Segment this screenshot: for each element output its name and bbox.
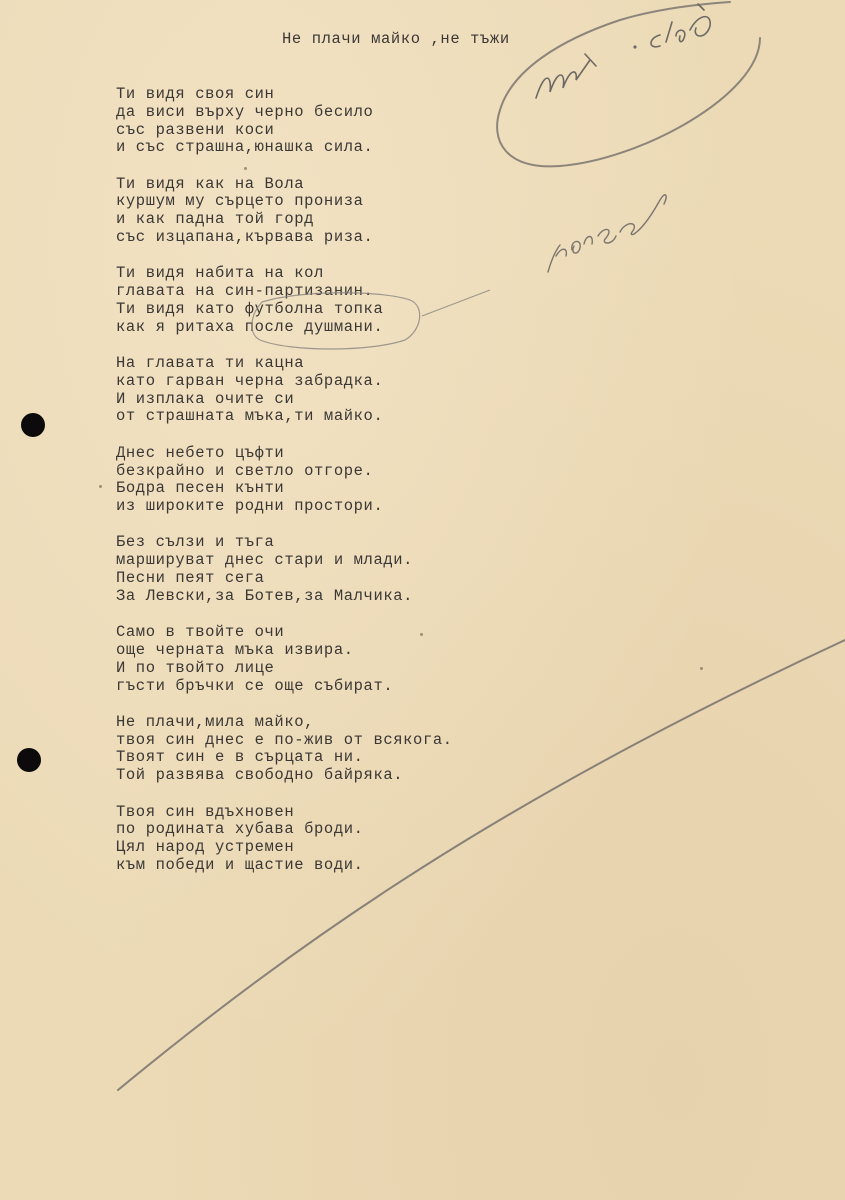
poem-line: към победи и щастие води.: [116, 857, 536, 875]
paper-speck: [244, 167, 247, 170]
poem-line: Той развява свободно байряка.: [116, 767, 536, 785]
stanza: Само в твойте очиоще черната мъка извира…: [116, 624, 536, 695]
poem-line: Не плачи,мила майко,: [116, 714, 536, 732]
poem-line: И изплака очите си: [116, 391, 536, 409]
poem-line: със изцапана,кървава риза.: [116, 229, 536, 247]
poem-line: куршум му сърцето прониза: [116, 193, 536, 211]
poem-line: Ти видя набита на кол: [116, 265, 536, 283]
poem-line: още черната мъка извира.: [116, 642, 536, 660]
poem-line: и как падна той горд: [116, 211, 536, 229]
poem-line: Твоя син вдъхновен: [116, 804, 536, 822]
poem-line: За Левски,за Ботев,за Малчика.: [116, 588, 536, 606]
poem-line: Ти видя как на Вола: [116, 176, 536, 194]
poem-line: Ти видя като футболна топка: [116, 301, 536, 319]
poem-line: На главата ти кацна: [116, 355, 536, 373]
pencil-oval-mark: [497, 2, 760, 166]
stanza: Днес небето цъфтибезкрайно и светло отго…: [116, 445, 536, 516]
paper-speck: [700, 667, 703, 670]
poem-line: от страшната мъка,ти майко.: [116, 408, 536, 426]
poem-line: из широките родни простори.: [116, 498, 536, 516]
stanza: На главата ти кацнакато гарван черна заб…: [116, 355, 536, 426]
poem-line: безкрайно и светло отгоре.: [116, 463, 536, 481]
punch-hole: [17, 748, 41, 772]
poem-line: маршируват днес стари и млади.: [116, 552, 536, 570]
poem-line: твоя син днес е по-жив от всякога.: [116, 732, 536, 750]
poem-line: И по твойто лице: [116, 660, 536, 678]
poem-line: Песни пеят сега: [116, 570, 536, 588]
poem-line: Само в твойте очи: [116, 624, 536, 642]
stanza: Без сълзи и тъгамаршируват днес стари и …: [116, 534, 536, 605]
poem-line: да виси върху черно бесило: [116, 104, 536, 122]
paper-speck: [99, 485, 102, 488]
stanza: Ти видя набита на колглавата на син-парт…: [116, 265, 536, 336]
poem-line: как я ритаха после душмани.: [116, 319, 536, 337]
poem-line: Без сълзи и тъга: [116, 534, 536, 552]
poem-line: Твоят син е в сърцата ни.: [116, 749, 536, 767]
poem-line: гъсти бръчки се още събират.: [116, 678, 536, 696]
handwriting-top-scribble: [651, 4, 710, 47]
poem-line: Цял нарoд устремен: [116, 839, 536, 857]
poem-body: Ти видя своя синда виси върху черно беси…: [116, 86, 536, 893]
poem-title: Не плачи майко ,не тъжи: [282, 30, 510, 48]
stanza: Твоя син вдъхновенпо родината хубава бро…: [116, 804, 536, 875]
paper-speck: [420, 633, 423, 636]
poem-line: със развени коси: [116, 122, 536, 140]
punch-hole: [21, 413, 45, 437]
handwriting-middle-scribble: [548, 195, 666, 272]
poem-line: Днес небето цъфти: [116, 445, 536, 463]
poem-line: Бодра песен кънти: [116, 480, 536, 498]
poem-line: по родината хубава броди.: [116, 821, 536, 839]
poem-line: Ти видя своя син: [116, 86, 536, 104]
stanza: Ти видя как на Волакуршум му сърцето про…: [116, 176, 536, 247]
stanza: Не плачи,мила майко,твоя син днес е по-ж…: [116, 714, 536, 785]
stanza: Ти видя своя синда виси върху черно беси…: [116, 86, 536, 157]
handwriting-top-scribble: [536, 54, 596, 98]
poem-line: и със страшна,юнашка сила.: [116, 139, 536, 157]
poem-line: главата на син-партизанин.: [116, 283, 536, 301]
poem-line: като гарван черна забрадка.: [116, 373, 536, 391]
typewritten-page: Не плачи майко ,не тъжи Ти видя своя син…: [0, 0, 845, 1200]
